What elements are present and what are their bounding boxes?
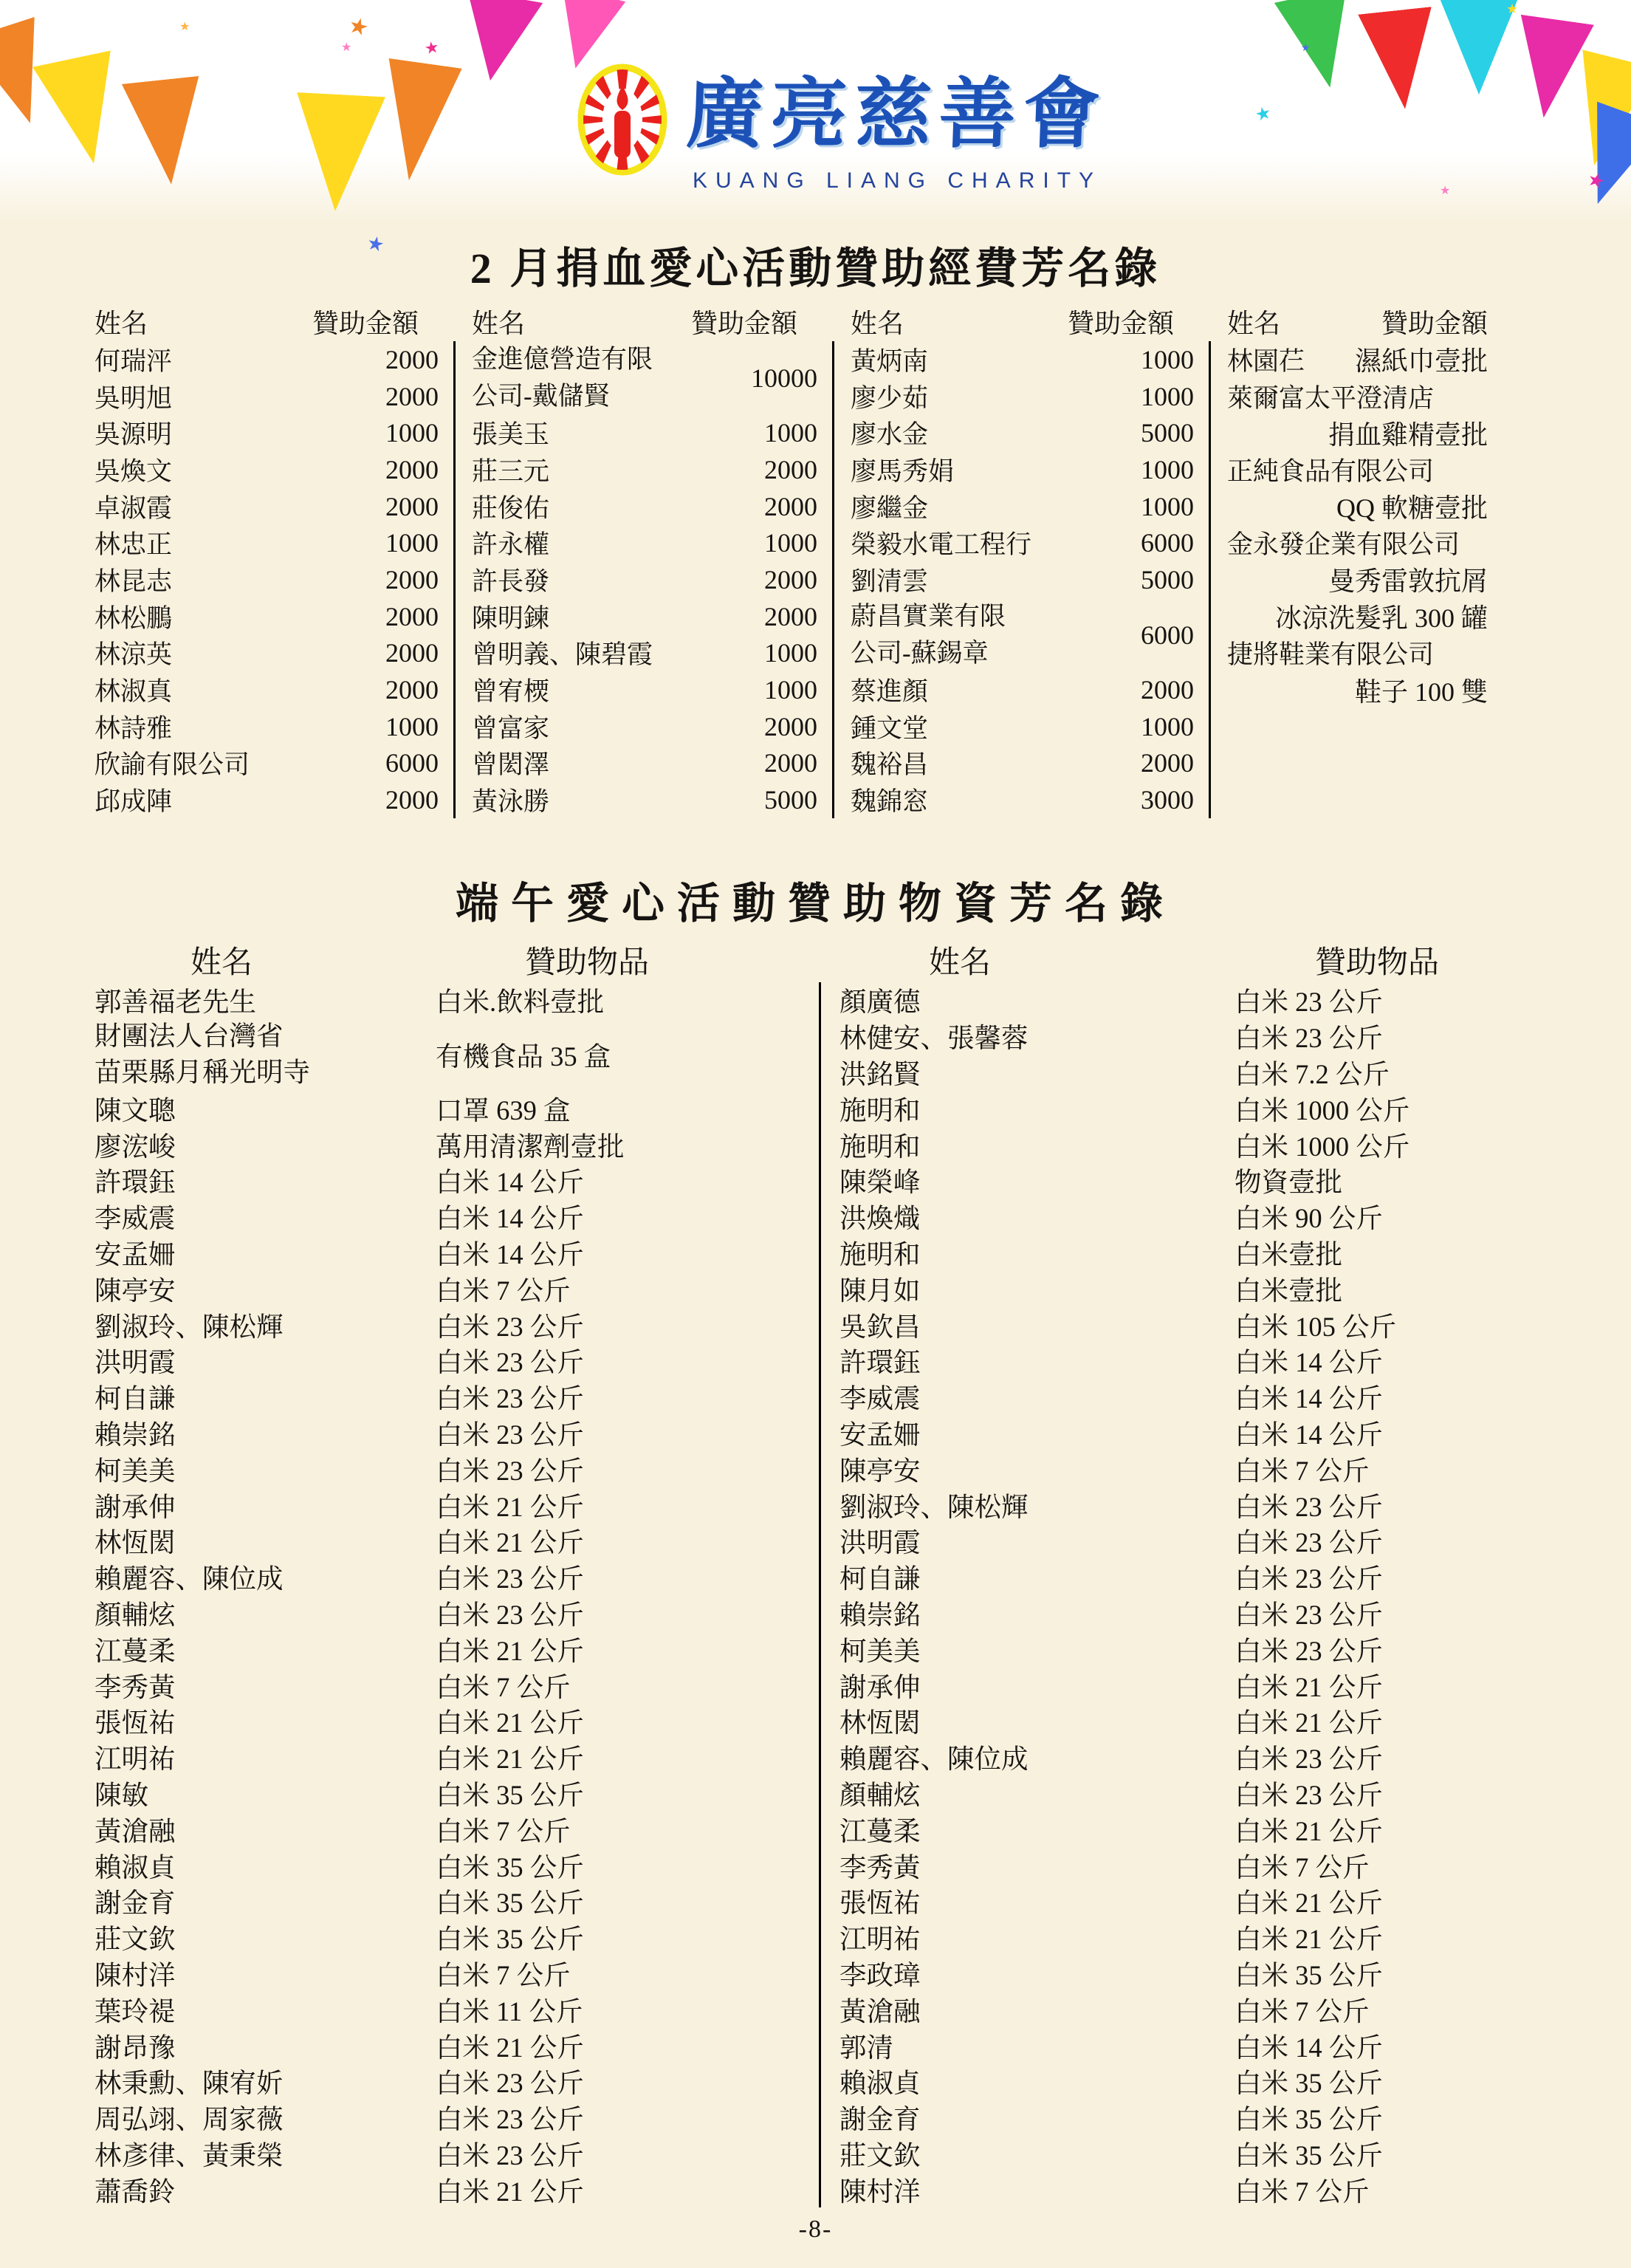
donor-name: 許長發 bbox=[472, 561, 549, 598]
donor-row: 葉玲褆白米 11 公斤 bbox=[95, 1991, 819, 2027]
donation-item: 白米 21 公斤 bbox=[1235, 1918, 1383, 1956]
donation-amount: QQ 軟糖壹批 bbox=[1336, 487, 1488, 525]
donor-name: 吳煥文 bbox=[95, 451, 172, 488]
donor-name-line: 公司-戴儲賢 bbox=[472, 378, 653, 415]
column-header-name: 姓名 bbox=[95, 303, 148, 340]
donation-amount: 3000 bbox=[1141, 784, 1194, 815]
donor-name: 李威震 bbox=[839, 1377, 921, 1416]
donation-item: 白米 23 公斤 bbox=[436, 1341, 584, 1380]
donation-item: 白米 21 公斤 bbox=[436, 2171, 584, 2209]
donor-name: 廖繼金 bbox=[851, 488, 928, 525]
donor-row: 郭清白米 14 公斤 bbox=[839, 2027, 1545, 2063]
fund-col-2: 金進億營造有限公司-戴儲賢10000張美玉1000莊三元2000莊俊佑2000許… bbox=[456, 341, 834, 818]
donor-row: 柯美美白米 23 公斤 bbox=[95, 1450, 819, 1487]
donor-name-line: 金進億營造有限 bbox=[472, 341, 653, 378]
donation-item: 白米 35 公斤 bbox=[1235, 2098, 1383, 2137]
goods-table-header: 姓名 贊助物品 姓名 贊助物品 bbox=[0, 938, 1631, 976]
donor-row: 洪煥熾白米 90 公斤 bbox=[839, 1199, 1545, 1235]
donor-name: 施明和 bbox=[839, 1233, 921, 1272]
donor-name: 賴淑貞 bbox=[839, 2062, 921, 2100]
donation-item: 白米 23 公斤 bbox=[1235, 1774, 1383, 1812]
star-icon: ★ bbox=[179, 21, 190, 32]
donor-row: 邱成陣2000 bbox=[95, 781, 439, 818]
donor-name: 陳亭安 bbox=[95, 1270, 176, 1308]
bunting-flag-icon bbox=[122, 76, 210, 188]
donor-row: 黃泳勝5000 bbox=[472, 781, 817, 818]
donor-row: 欣諭有限公司6000 bbox=[95, 745, 439, 782]
donor-row: 魏錦窓3000 bbox=[851, 781, 1194, 818]
donor-name: 施明和 bbox=[839, 1126, 921, 1164]
donor-row: 林忠正1000 bbox=[95, 524, 439, 561]
donor-name: 財團法人台灣省苗栗縣月稱光明寺 bbox=[95, 1018, 310, 1091]
donation-item: 白米 21 公斤 bbox=[1235, 1882, 1383, 1920]
donor-row: 李威震白米 14 公斤 bbox=[95, 1199, 819, 1235]
goods-section-title: 端午愛心活動贊助物資芳名錄 bbox=[0, 869, 1631, 931]
donor-name: 陳敏 bbox=[95, 1774, 148, 1812]
donation-amount: 2000 bbox=[385, 601, 439, 632]
donor-name: 黃泳勝 bbox=[472, 781, 549, 818]
donor-row: 謝承伸白米 21 公斤 bbox=[95, 1487, 819, 1523]
donor-row: 黃滄融白米 7 公斤 bbox=[839, 1991, 1545, 2027]
donor-row: 鞋子 100 雙 bbox=[1227, 671, 1488, 708]
donor-row: 林昆志2000 bbox=[95, 561, 439, 598]
donor-row: 施明和白米壹批 bbox=[839, 1235, 1545, 1271]
donation-item: 白米 23 公斤 bbox=[436, 1558, 584, 1596]
donor-name: 柯美美 bbox=[839, 1630, 921, 1668]
donor-row: 榮毅水電工程行6000 bbox=[851, 524, 1194, 561]
donor-name: 葉玲褆 bbox=[95, 1990, 176, 2029]
donor-row: 林松鵬2000 bbox=[95, 598, 439, 635]
donor-row: 捐血雞精壹批 bbox=[1227, 414, 1488, 451]
org-identity: 廣亮慈善會 KUANG LIANG CHARITY bbox=[687, 52, 1108, 193]
fund-col-4: 林園芢濕紙巾壹批萊爾富太平澄清店捐血雞精壹批正純食品有限公司QQ 軟糖壹批金永發… bbox=[1211, 341, 1488, 818]
donation-item: 白米 35 公斤 bbox=[1235, 2062, 1383, 2100]
donor-row: 鍾文堂1000 bbox=[851, 708, 1194, 745]
donor-row: 李威震白米 14 公斤 bbox=[839, 1379, 1545, 1415]
donor-row: 廖少茹1000 bbox=[851, 378, 1194, 415]
donation-amount: 10000 bbox=[751, 363, 817, 394]
donation-item: 白米 23 公斤 bbox=[436, 2062, 584, 2100]
donor-row: 陳榮峰物資壹批 bbox=[839, 1162, 1545, 1199]
donation-item: 物資壹批 bbox=[1235, 1161, 1342, 1199]
donation-item: 白米 7 公斤 bbox=[1235, 1990, 1370, 2029]
donation-amount: 2000 bbox=[385, 454, 439, 485]
bunting-flag-icon bbox=[1565, 102, 1631, 216]
donor-name: 柯自謙 bbox=[95, 1377, 176, 1416]
donor-row: 李政璋白米 35 公斤 bbox=[839, 1956, 1545, 1992]
donor-row: 林恆閎白米 21 公斤 bbox=[95, 1523, 819, 1559]
donor-row: 周弘翊、周家薇白米 23 公斤 bbox=[95, 2100, 819, 2136]
donor-name: 洪明霞 bbox=[95, 1341, 176, 1380]
donor-row: 蔚昌實業有限公司-蘇錫章6000 bbox=[851, 598, 1194, 671]
donor-name: 曾閎澤 bbox=[472, 744, 549, 781]
donor-name: 捷將鞋業有限公司 bbox=[1227, 634, 1434, 671]
donation-item: 白米壹批 bbox=[1235, 1270, 1342, 1308]
donor-name: 何瑞泙 bbox=[95, 341, 172, 378]
donor-name: 陳榮峰 bbox=[839, 1161, 921, 1199]
bunting-flag-icon bbox=[372, 58, 461, 185]
donation-amount: 1000 bbox=[1141, 344, 1194, 375]
bunting-flag-icon bbox=[1358, 7, 1441, 113]
donor-row: 賴崇銘白米 23 公斤 bbox=[95, 1415, 819, 1451]
donor-row: 顏輔炫白米 23 公斤 bbox=[839, 1775, 1545, 1812]
donation-item: 白米 7.2 公斤 bbox=[1235, 1053, 1390, 1092]
donor-name: 曾宥樮 bbox=[472, 671, 549, 708]
donor-name: 謝昂豫 bbox=[95, 2027, 176, 2065]
donor-name: 吳源明 bbox=[95, 414, 172, 451]
donation-amount: 捐血雞精壹批 bbox=[1328, 414, 1488, 452]
donor-name: 劉清雲 bbox=[851, 561, 928, 598]
donor-row: 莊文欽白米 35 公斤 bbox=[839, 2136, 1545, 2172]
column-header-amount: 贊助金額 bbox=[312, 303, 441, 340]
column-header-amount: 贊助金額 bbox=[691, 303, 820, 340]
donation-amount: 5000 bbox=[764, 784, 817, 815]
donation-item: 白米 90 公斤 bbox=[1235, 1197, 1383, 1236]
donation-item: 白米 23 公斤 bbox=[1235, 1630, 1383, 1668]
donor-name: 許環鈺 bbox=[839, 1341, 921, 1380]
donor-row: 卓淑霞2000 bbox=[95, 488, 439, 525]
donor-row: 江蔓柔白米 21 公斤 bbox=[95, 1631, 819, 1667]
donor-name: 張恆祐 bbox=[839, 1882, 921, 1920]
donation-item: 白米 23 公斤 bbox=[436, 2098, 584, 2137]
donor-name: 張美玉 bbox=[472, 414, 549, 451]
donor-name: 林淑真 bbox=[95, 671, 172, 708]
donation-amount: 2000 bbox=[764, 601, 817, 632]
donor-row: 安孟姍白米 14 公斤 bbox=[95, 1235, 819, 1271]
star-icon: ★ bbox=[1506, 3, 1518, 16]
donation-amount: 2000 bbox=[764, 711, 817, 742]
donor-row: 廖浤峻萬用清潔劑壹批 bbox=[95, 1126, 819, 1162]
donor-name: 黃滄融 bbox=[839, 1990, 921, 2029]
donor-row: 郭善福老先生白米.飲料壹批 bbox=[95, 982, 819, 1018]
donation-item: 白米 14 公斤 bbox=[436, 1197, 584, 1236]
donor-row: 陳亭安白米 7 公斤 bbox=[95, 1270, 819, 1306]
donor-name: 廖浤峻 bbox=[95, 1126, 176, 1164]
donation-item: 白米 35 公斤 bbox=[436, 1846, 584, 1885]
column-header-name: 姓名 bbox=[472, 303, 525, 340]
donor-row: 顏廣德白米 23 公斤 bbox=[839, 982, 1545, 1018]
donor-row: 賴淑貞白米 35 公斤 bbox=[95, 1847, 819, 1883]
donor-row: 陳月如白米壹批 bbox=[839, 1270, 1545, 1306]
org-name-en: KUANG LIANG CHARITY bbox=[687, 168, 1108, 193]
donor-row: 陳明鍊2000 bbox=[472, 598, 817, 635]
donor-row: 廖馬秀娟1000 bbox=[851, 451, 1194, 488]
donor-row: 廖繼金1000 bbox=[851, 488, 1194, 525]
donation-amount: 濕紙巾壹批 bbox=[1355, 340, 1488, 378]
donor-row: 江蔓柔白米 21 公斤 bbox=[839, 1811, 1545, 1847]
donor-name: 林彥律、黃秉榮 bbox=[95, 2134, 284, 2173]
donation-amount: 5000 bbox=[1141, 564, 1194, 595]
donor-name: 莊三元 bbox=[472, 451, 549, 488]
donor-row: 林涼英2000 bbox=[95, 635, 439, 672]
donor-name: 林松鵬 bbox=[95, 598, 172, 635]
donor-row: 謝昂豫白米 21 公斤 bbox=[95, 2027, 819, 2063]
donor-row: 萊爾富太平澄清店 bbox=[1227, 378, 1488, 415]
donor-row: 吳明旭2000 bbox=[95, 378, 439, 415]
donor-name: 洪煥熾 bbox=[839, 1197, 921, 1236]
donation-amount: 6000 bbox=[1141, 527, 1194, 558]
fund-header-cell: 姓名 贊助金額 bbox=[95, 303, 456, 340]
donor-name: 廖馬秀娟 bbox=[851, 451, 954, 488]
donation-amount: 2000 bbox=[764, 747, 817, 778]
donor-row: 曾富家2000 bbox=[472, 708, 817, 745]
column-header-name: 姓名 bbox=[190, 938, 253, 982]
donor-row: 謝承伸白米 21 公斤 bbox=[839, 1667, 1545, 1703]
donor-row: 許環鈺白米 14 公斤 bbox=[839, 1343, 1545, 1379]
donation-item: 白米 23 公斤 bbox=[436, 1450, 584, 1488]
donation-item: 白米 7 公斤 bbox=[436, 1270, 571, 1308]
donor-row: 許長發2000 bbox=[472, 561, 817, 598]
donation-amount: 2000 bbox=[385, 674, 439, 705]
donation-amount: 6000 bbox=[385, 747, 439, 778]
donor-name: 賴淑貞 bbox=[95, 1846, 176, 1885]
donation-amount: 2000 bbox=[385, 491, 439, 522]
donor-row: 洪明霞白米 23 公斤 bbox=[839, 1523, 1545, 1559]
fund-col-3: 黃炳南1000廖少茹1000廖水金5000廖馬秀娟1000廖繼金1000榮毅水電… bbox=[834, 341, 1211, 818]
donor-name: 林恆閎 bbox=[839, 1702, 921, 1740]
donation-amount: 1000 bbox=[1141, 491, 1194, 522]
donor-row: 財團法人台灣省苗栗縣月稱光明寺有機食品 35 盒 bbox=[95, 1018, 819, 1091]
donation-amount: 2000 bbox=[385, 564, 439, 595]
donor-row: 曾宥樮1000 bbox=[472, 671, 817, 708]
donor-name: 金永發企業有限公司 bbox=[1227, 524, 1460, 561]
donor-name: 莊文欽 bbox=[95, 1918, 176, 1956]
donation-item: 白米 23 公斤 bbox=[1235, 1738, 1383, 1776]
donor-row: 曾明義、陳碧霞1000 bbox=[472, 635, 817, 672]
donor-name: 李秀黃 bbox=[95, 1666, 176, 1705]
donation-item: 白米 7 公斤 bbox=[1235, 1450, 1370, 1488]
donor-row: 顏輔炫白米 23 公斤 bbox=[95, 1595, 819, 1631]
donor-name: 謝金育 bbox=[95, 1882, 176, 1920]
donation-item: 口罩 639 盒 bbox=[436, 1089, 571, 1128]
donor-name: 陳文聰 bbox=[95, 1089, 176, 1128]
donor-name: 黃滄融 bbox=[95, 1810, 176, 1849]
donation-item: 白米 23 公斤 bbox=[1235, 1594, 1383, 1632]
donor-name: 曾富家 bbox=[472, 708, 549, 745]
donation-amount: 2000 bbox=[764, 491, 817, 522]
donor-row: 柯美美白米 23 公斤 bbox=[839, 1631, 1545, 1667]
donation-amount: 2000 bbox=[385, 381, 439, 412]
donor-row: 林淑真2000 bbox=[95, 671, 439, 708]
org-name-zh: 廣亮慈善會 bbox=[684, 52, 1109, 162]
donor-row: 施明和白米 1000 公斤 bbox=[839, 1126, 1545, 1162]
donation-item: 白米 23 公斤 bbox=[436, 1594, 584, 1632]
donor-name: 林忠正 bbox=[95, 524, 172, 561]
donor-name: 吳欽昌 bbox=[839, 1306, 921, 1344]
donor-name: 顏廣德 bbox=[839, 981, 921, 1019]
donation-item: 白米 7 公斤 bbox=[436, 1810, 571, 1849]
donor-row: 洪明霞白米 23 公斤 bbox=[95, 1343, 819, 1379]
donation-item: 白米 23 公斤 bbox=[436, 1414, 584, 1452]
goods-table: 郭善福老先生白米.飲料壹批財團法人台灣省苗栗縣月稱光明寺有機食品 35 盒陳文聰… bbox=[95, 982, 1547, 2207]
donation-item: 白米 14 公斤 bbox=[436, 1161, 584, 1199]
header-banner: 廣亮慈善會 KUANG LIANG CHARITY bbox=[577, 52, 1108, 193]
donation-item: 白米 23 公斤 bbox=[1235, 1521, 1383, 1560]
donation-item: 白米壹批 bbox=[1235, 1233, 1342, 1272]
donor-row: 陳亭安白米 7 公斤 bbox=[839, 1450, 1545, 1487]
donor-row: 莊俊佑2000 bbox=[472, 488, 817, 525]
donation-amount: 2000 bbox=[1141, 674, 1194, 705]
donor-name: 鍾文堂 bbox=[851, 708, 928, 745]
donor-name: 江蔓柔 bbox=[839, 1810, 921, 1849]
donor-name: 魏錦窓 bbox=[851, 781, 928, 818]
donor-name: 陳村洋 bbox=[95, 1954, 176, 1993]
donor-name: 謝承伸 bbox=[95, 1486, 176, 1524]
donor-row: 柯自謙白米 23 公斤 bbox=[839, 1559, 1545, 1595]
donor-name: 林健安、張馨蓉 bbox=[839, 1017, 1029, 1055]
page-number: -8- bbox=[0, 2216, 1631, 2244]
donation-item: 白米 21 公斤 bbox=[1235, 1702, 1383, 1740]
donor-row: 陳文聰口罩 639 盒 bbox=[95, 1090, 819, 1126]
donation-item: 白米.飲料壹批 bbox=[436, 981, 604, 1019]
donor-name: 賴崇銘 bbox=[95, 1414, 176, 1452]
fund-header-cell: 姓名 贊助金額 bbox=[456, 303, 834, 340]
donation-amount: 1000 bbox=[764, 674, 817, 705]
donation-item: 白米 11 公斤 bbox=[436, 1990, 583, 2029]
donation-item: 白米 23 公斤 bbox=[1235, 981, 1383, 1019]
donor-row: 金進億營造有限公司-戴儲賢10000 bbox=[472, 341, 817, 414]
donor-row: 許永權1000 bbox=[472, 524, 817, 561]
donation-amount: 1000 bbox=[1141, 454, 1194, 485]
star-icon: ★ bbox=[423, 39, 440, 58]
fund-col-1: 何瑞泙2000吳明旭2000吳源明1000吳煥文2000卓淑霞2000林忠正10… bbox=[95, 341, 456, 818]
donor-name: 廖少茹 bbox=[851, 378, 928, 415]
donor-row: 林秉勳、陳宥妡白米 23 公斤 bbox=[95, 2063, 819, 2100]
donation-item: 白米 23 公斤 bbox=[436, 2134, 584, 2173]
donor-name: 林涼英 bbox=[95, 634, 172, 671]
star-icon: ★ bbox=[1440, 185, 1450, 196]
column-header-name: 姓名 bbox=[1227, 303, 1280, 340]
star-icon: ★ bbox=[341, 41, 351, 53]
donor-row: 黃滄融白米 7 公斤 bbox=[95, 1811, 819, 1847]
donor-row: 陳村洋白米 7 公斤 bbox=[839, 2171, 1545, 2207]
donor-name: 金進億營造有限公司-戴儲賢 bbox=[472, 341, 653, 414]
donor-row: 賴麗容、陳位成白米 23 公斤 bbox=[839, 1739, 1545, 1775]
donor-row: 何瑞泙2000 bbox=[95, 341, 439, 378]
donation-item: 白米 21 公斤 bbox=[436, 1521, 584, 1560]
bunting-flag-icon bbox=[1274, 0, 1366, 95]
donor-row: 謝金育白米 35 公斤 bbox=[839, 2100, 1545, 2136]
donor-name: 陳村洋 bbox=[839, 2171, 921, 2209]
donation-item: 萬用清潔劑壹批 bbox=[436, 1126, 625, 1164]
donation-item: 白米 7 公斤 bbox=[1235, 1846, 1370, 1885]
bunting-flag-icon bbox=[1507, 15, 1594, 123]
donor-row: 江明祐白米 21 公斤 bbox=[95, 1739, 819, 1775]
donation-amount: 1000 bbox=[385, 417, 439, 448]
column-header-amount: 贊助金額 bbox=[1068, 303, 1196, 340]
donation-item: 白米 14 公斤 bbox=[1235, 1414, 1383, 1452]
donation-item: 白米 21 公斤 bbox=[1235, 1666, 1383, 1705]
donation-item: 白米 35 公斤 bbox=[436, 1882, 584, 1920]
donor-row: 正純食品有限公司 bbox=[1227, 451, 1488, 488]
donor-row: 吳煥文2000 bbox=[95, 451, 439, 488]
donor-name: 欣諭有限公司 bbox=[95, 744, 250, 781]
donor-row: 張恆祐白米 21 公斤 bbox=[95, 1703, 819, 1739]
donation-item: 白米 7 公斤 bbox=[1235, 2171, 1370, 2209]
donor-row: 林詩雅1000 bbox=[95, 708, 439, 745]
donor-row: 林園芢濕紙巾壹批 bbox=[1227, 341, 1488, 378]
donor-row: 劉清雲5000 bbox=[851, 561, 1194, 598]
donation-amount: 2000 bbox=[385, 784, 439, 815]
donor-row: 林恆閎白米 21 公斤 bbox=[839, 1703, 1545, 1739]
donor-row: 劉淑玲、陳松輝白米 23 公斤 bbox=[839, 1487, 1545, 1523]
donor-row: 張恆祐白米 21 公斤 bbox=[839, 1883, 1545, 1919]
donation-amount: 1000 bbox=[1141, 381, 1194, 412]
donation-amount: 2000 bbox=[385, 344, 439, 375]
donor-row: 吳源明1000 bbox=[95, 414, 439, 451]
fund-header-cell: 姓名 贊助金額 bbox=[834, 303, 1211, 340]
donation-item: 白米 23 公斤 bbox=[1235, 1486, 1383, 1524]
donor-name: 李威震 bbox=[95, 1197, 176, 1236]
donor-name: 柯美美 bbox=[95, 1450, 176, 1488]
donor-row: 許環鈺白米 14 公斤 bbox=[95, 1162, 819, 1199]
donor-row: 林健安、張馨蓉白米 23 公斤 bbox=[839, 1018, 1545, 1055]
donor-name: 榮毅水電工程行 bbox=[851, 524, 1031, 561]
donation-amount: 2000 bbox=[385, 637, 439, 668]
donation-item: 白米 21 公斤 bbox=[436, 1486, 584, 1524]
donation-amount: 1000 bbox=[1141, 711, 1194, 742]
donor-row: 賴淑貞白米 35 公斤 bbox=[839, 2063, 1545, 2100]
donation-item: 白米 105 公斤 bbox=[1235, 1306, 1396, 1344]
donor-name: 許永權 bbox=[472, 524, 549, 561]
donor-name: 李政璋 bbox=[839, 1954, 921, 1993]
donor-name: 蔚昌實業有限公司-蘇錫章 bbox=[851, 598, 1006, 671]
donor-row: 李秀黃白米 7 公斤 bbox=[839, 1847, 1545, 1883]
donation-item: 白米 23 公斤 bbox=[436, 1377, 584, 1416]
donation-amount: 2000 bbox=[764, 454, 817, 485]
donor-row: 江明祐白米 21 公斤 bbox=[839, 1919, 1545, 1956]
donation-item: 白米 21 公斤 bbox=[436, 1738, 584, 1776]
donation-item: 白米 23 公斤 bbox=[1235, 1017, 1383, 1055]
donation-amount: 2000 bbox=[1141, 747, 1194, 778]
donation-item: 白米 7 公斤 bbox=[436, 1954, 571, 1993]
donation-amount: 5000 bbox=[1141, 417, 1194, 448]
fund-section-title: 2 月捐血愛心活動贊助經費芳名錄 bbox=[0, 233, 1631, 295]
donor-row: 施明和白米 1000 公斤 bbox=[839, 1090, 1545, 1126]
donor-row: 賴崇銘白米 23 公斤 bbox=[839, 1595, 1545, 1631]
donor-row: 冰涼洗髮乳 300 罐 bbox=[1227, 598, 1488, 635]
donor-name: 廖水金 bbox=[851, 414, 928, 451]
donor-row: 莊三元2000 bbox=[472, 451, 817, 488]
donor-name: 吳明旭 bbox=[95, 378, 172, 415]
donor-row: 陳敏白米 35 公斤 bbox=[95, 1775, 819, 1812]
donation-item: 白米 35 公斤 bbox=[1235, 2134, 1383, 2173]
donation-item: 白米 35 公斤 bbox=[1235, 1954, 1383, 1993]
donation-item: 白米 21 公斤 bbox=[436, 2027, 584, 2065]
goods-col-right: 顏廣德白米 23 公斤林健安、張馨蓉白米 23 公斤洪銘賢白米 7.2 公斤施明… bbox=[821, 982, 1545, 2207]
donor-name-line: 公司-蘇錫章 bbox=[851, 635, 1006, 672]
donor-name-line: 蔚昌實業有限 bbox=[851, 598, 1006, 635]
donor-name: 陳亭安 bbox=[839, 1450, 921, 1488]
donation-item: 白米 35 公斤 bbox=[436, 1774, 584, 1812]
donor-name: 邱成陣 bbox=[95, 781, 172, 818]
donor-name: 郭善福老先生 bbox=[95, 981, 256, 1019]
donor-name: 江明祐 bbox=[839, 1918, 921, 1956]
donor-row: 柯自謙白米 23 公斤 bbox=[95, 1379, 819, 1415]
donation-amount: 1000 bbox=[385, 527, 439, 558]
donor-name: 柯自謙 bbox=[839, 1558, 921, 1596]
bunting-flag-icon bbox=[32, 50, 133, 171]
donor-name: 賴麗容、陳位成 bbox=[95, 1558, 284, 1596]
donor-row: 李秀黃白米 7 公斤 bbox=[95, 1667, 819, 1703]
donor-row: 謝金育白米 35 公斤 bbox=[95, 1883, 819, 1919]
donation-item: 白米 14 公斤 bbox=[1235, 1341, 1383, 1380]
donor-name: 萊爾富太平澄清店 bbox=[1227, 378, 1434, 415]
page: { "header": { "org_name_zh": "廣亮慈善會", "o… bbox=[0, 0, 1631, 2268]
column-header-name: 姓名 bbox=[851, 303, 904, 340]
donor-name: 江蔓柔 bbox=[95, 1630, 176, 1668]
star-icon: ★ bbox=[1301, 43, 1311, 53]
